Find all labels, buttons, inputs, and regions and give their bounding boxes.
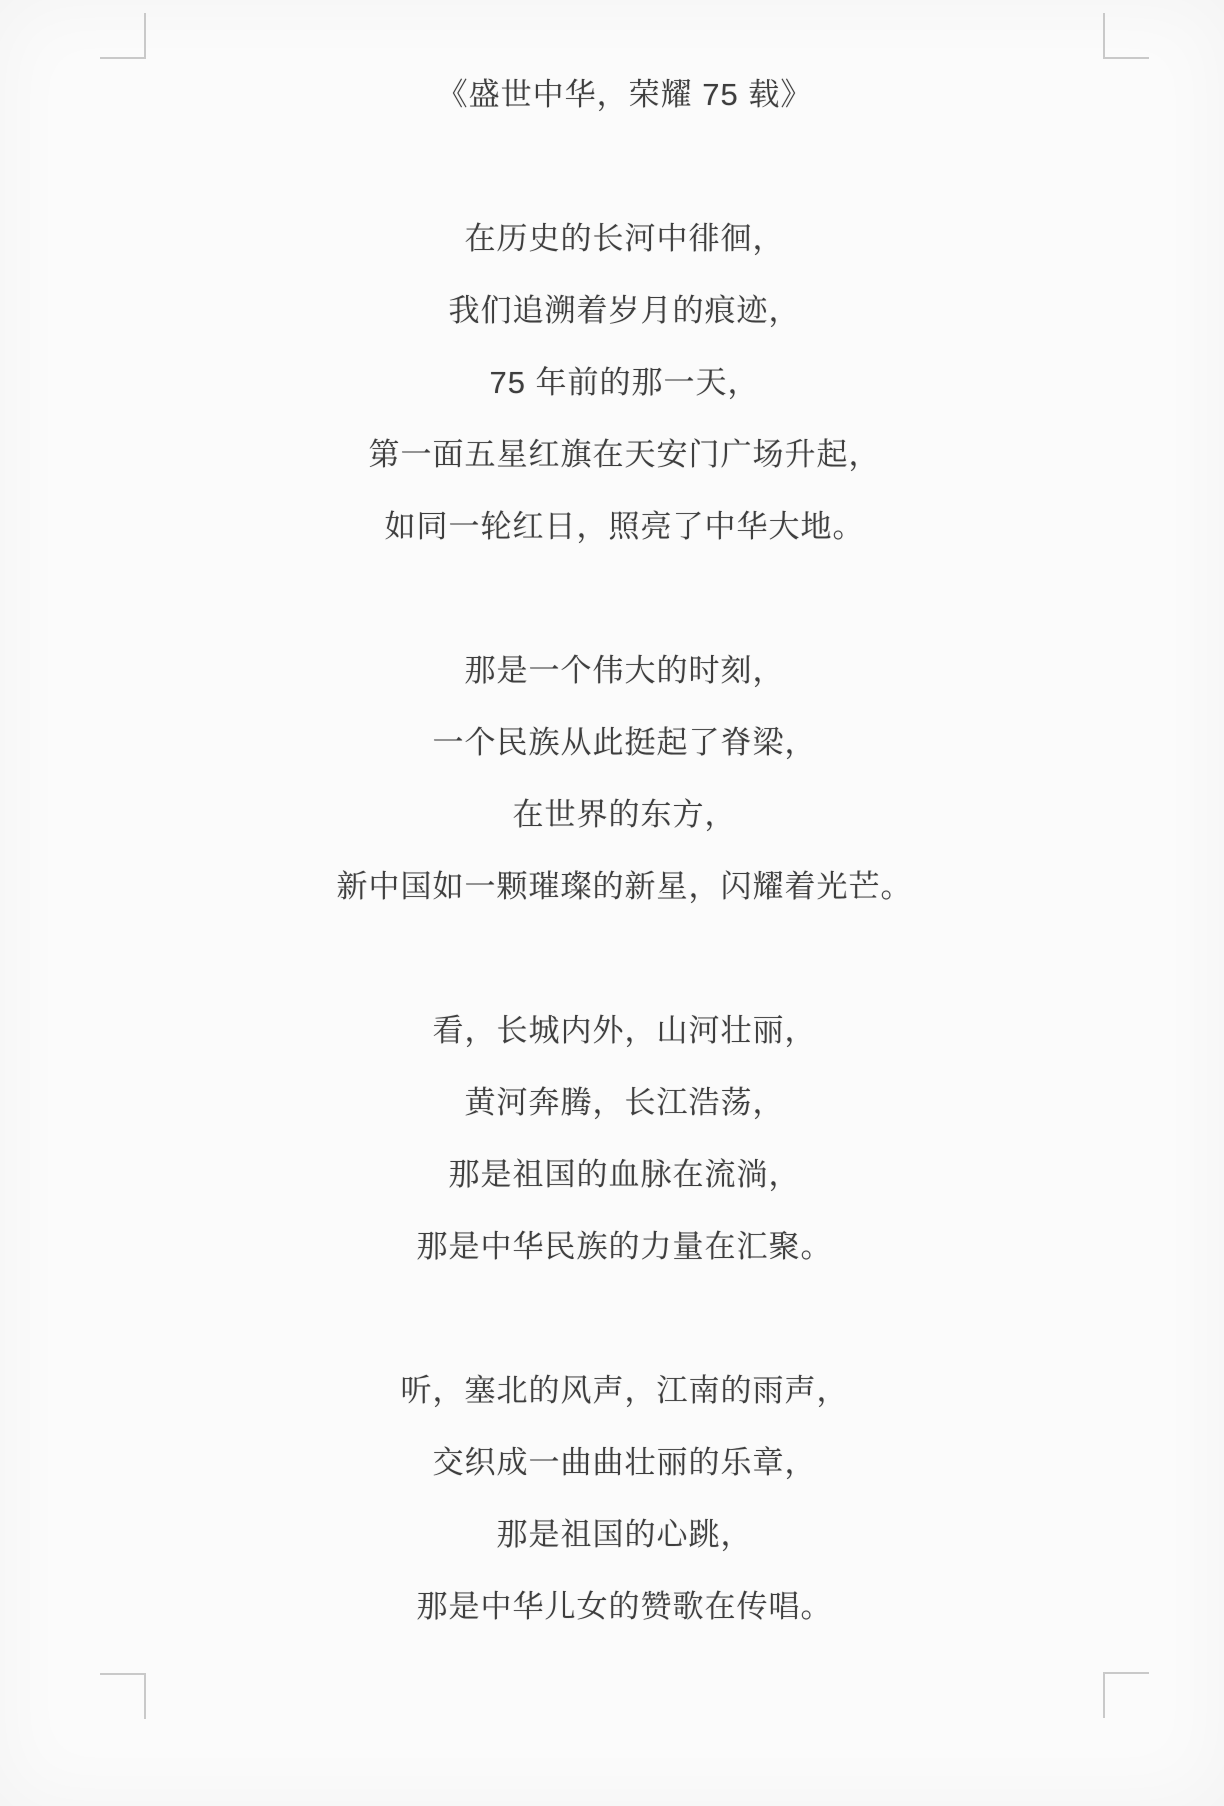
document-page: 《盛世中华，荣耀 75 载》 在历史的长河中徘徊， 我们追溯着岁月的痕迹， 75… xyxy=(0,0,1224,1806)
blank-line xyxy=(146,563,1103,635)
poem-line: 在历史的长河中徘徊， xyxy=(146,203,1103,275)
blank-line xyxy=(146,923,1103,995)
poem-line: 我们追溯着岁月的痕迹， xyxy=(146,275,1103,347)
poem-line: 那是中华儿女的赞歌在传唱。 xyxy=(146,1571,1103,1643)
poem-line: 交织成一曲曲壮丽的乐章， xyxy=(146,1427,1103,1499)
poem-line: 那是祖国的血脉在流淌， xyxy=(146,1139,1103,1211)
poem-line: 看，长城内外，山河壮丽， xyxy=(146,995,1103,1067)
crop-mark-top-left xyxy=(100,13,146,59)
poem-line: 黄河奔腾，长江浩荡， xyxy=(146,1067,1103,1139)
crop-mark-top-right xyxy=(1103,13,1149,59)
blank-line xyxy=(146,131,1103,203)
poem-line: 75 年前的那一天， xyxy=(146,347,1103,419)
blank-line xyxy=(146,1283,1103,1355)
poem-line: 新中国如一颗璀璨的新星，闪耀着光芒。 xyxy=(146,851,1103,923)
poem-line: 一个民族从此挺起了脊梁， xyxy=(146,707,1103,779)
poem-line: 听，塞北的风声，江南的雨声， xyxy=(146,1355,1103,1427)
crop-mark-bottom-right xyxy=(1103,1672,1149,1718)
poem-line: 那是祖国的心跳， xyxy=(146,1499,1103,1571)
poem-line: 那是一个伟大的时刻， xyxy=(146,635,1103,707)
poem-line: 如同一轮红日，照亮了中华大地。 xyxy=(146,491,1103,563)
poem-content: 《盛世中华，荣耀 75 载》 在历史的长河中徘徊， 我们追溯着岁月的痕迹， 75… xyxy=(146,59,1103,1643)
poem-line: 那是中华民族的力量在汇聚。 xyxy=(146,1211,1103,1283)
poem-line: 第一面五星红旗在天安门广场升起， xyxy=(146,419,1103,491)
crop-mark-bottom-left xyxy=(100,1673,146,1719)
poem-title: 《盛世中华，荣耀 75 载》 xyxy=(146,59,1103,131)
poem-line: 在世界的东方， xyxy=(146,779,1103,851)
